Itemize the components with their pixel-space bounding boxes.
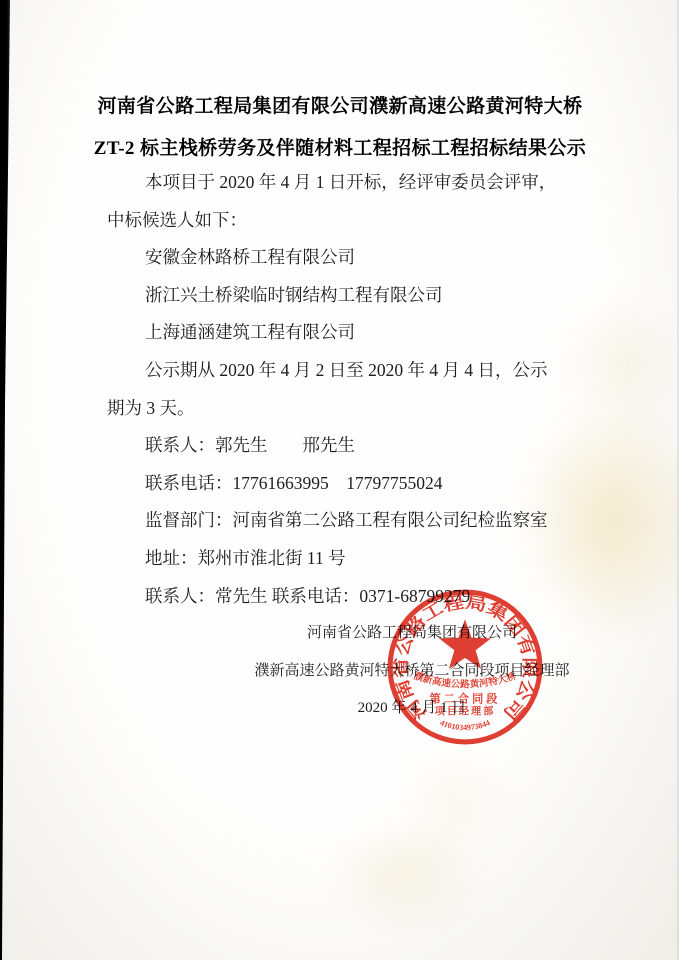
scan-edge-shadow — [0, 0, 12, 960]
seal-serial-number: 4101034973844 — [439, 718, 492, 732]
seal-inner-line-1: 濮新高速公路黄河特大桥 — [412, 670, 518, 691]
body-line-phones: 联系电话：17761663995 17797755024 — [107, 465, 585, 503]
body-line-candidates: 中标候选人如下： — [107, 202, 585, 240]
document-title: 河南省公路工程局集团有限公司濮新高速公路黄河特大桥 ZT-2 标主栈桥劳务及伴随… — [60, 86, 620, 170]
svg-text:濮新高速公路黄河特大桥: 濮新高速公路黄河特大桥 — [412, 670, 518, 691]
body-line-opening: 本项目于 2020 年 4 月 1 日开标，经评审委员会评审， — [107, 164, 585, 202]
official-seal: 河南省公路工程局集团有限公司 濮新高速公路黄河特大桥 第二合同段 项目经理部 4… — [384, 586, 546, 748]
document-body: 本项目于 2020 年 4 月 1 日开标，经评审委员会评审， 中标候选人如下：… — [107, 164, 585, 615]
body-line-period-2: 期为 3 天。 — [107, 390, 585, 428]
title-line-1: 河南省公路工程局集团有限公司濮新高速公路黄河特大桥 — [60, 86, 620, 128]
seal-ring — [390, 592, 540, 742]
body-line-company-2: 浙江兴土桥梁临时钢结构工程有限公司 — [107, 277, 585, 315]
body-line-company-1: 安徽金林路桥工程有限公司 — [107, 239, 585, 277]
seal-inner-line-2: 第二合同段 — [430, 691, 501, 705]
body-line-period-1: 公示期从 2020 年 4 月 2 日至 2020 年 4 月 4 日，公示 — [107, 352, 585, 390]
body-line-contacts: 联系人：郭先生 邢先生 — [107, 427, 585, 465]
body-line-company-3: 上海通涵建筑工程有限公司 — [107, 314, 585, 352]
paper-stain — [325, 815, 485, 935]
seal-star-icon — [439, 619, 491, 668]
body-line-address: 地址：郑州市淮北街 11 号 — [107, 540, 585, 578]
svg-text:4101034973844: 4101034973844 — [439, 718, 492, 732]
paper-stain — [395, 745, 515, 855]
body-line-supervisor: 监督部门：河南省第二公路工程有限公司纪检监察室 — [107, 502, 585, 540]
seal-inner-line-3: 项目经理部 — [435, 705, 496, 718]
scanned-page: 河南省公路工程局集团有限公司濮新高速公路黄河特大桥 ZT-2 标主栈桥劳务及伴随… — [0, 0, 679, 960]
